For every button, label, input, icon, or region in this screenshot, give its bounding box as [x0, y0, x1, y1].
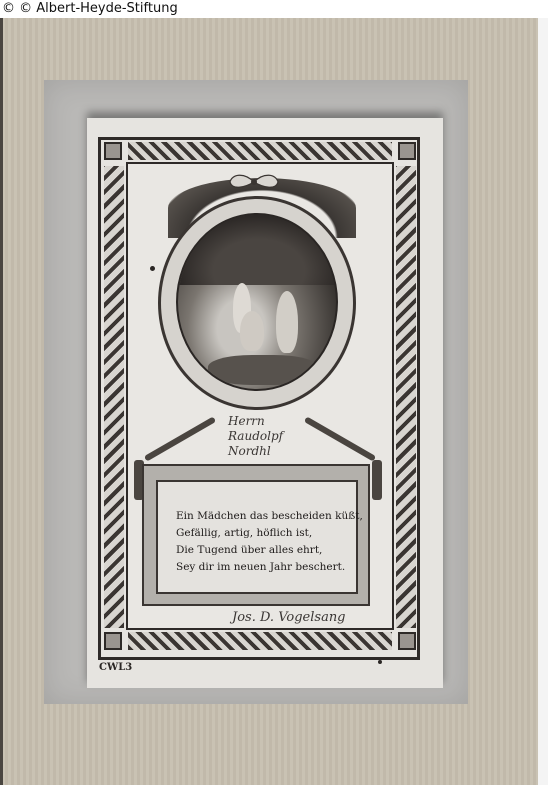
ink-dot [150, 266, 155, 271]
ground [208, 355, 318, 385]
dedication-line: Nordhl [228, 444, 283, 459]
medallion-scene [176, 213, 338, 391]
corner-mark: CWL3 [99, 662, 132, 673]
ink-dot [378, 660, 382, 664]
frame-corner-rosette-icon [104, 142, 122, 160]
verse-line: Gefällig, artig, höflich ist, [176, 525, 356, 542]
child-figure [240, 311, 264, 351]
frame-band-left [104, 166, 124, 628]
verse-line: Ein Mädchen das bescheiden küßt, [176, 508, 356, 525]
verse-text: Ein Mädchen das bescheiden küßt, Gefälli… [176, 508, 356, 576]
board-edge [0, 18, 3, 785]
frame-band-right [396, 166, 416, 628]
dedication-line: Herrn [228, 414, 283, 429]
garland-drop-right [372, 460, 382, 500]
copyright-caption: © © Albert-Heyde-Stiftung [2, 1, 178, 16]
dedication-line: Raudolpf [228, 429, 283, 444]
frame-band-top [128, 142, 392, 160]
frame-corner-rosette-icon [104, 632, 122, 650]
verse-line: Sey dir im neuen Jahr beschert. [176, 559, 356, 576]
handwritten-signature: Jos. D. Vogelsang [232, 610, 346, 625]
tree-canopy [178, 215, 338, 285]
frame-corner-rosette-icon [398, 632, 416, 650]
page-margin [538, 18, 548, 785]
handwritten-dedication: Herrn Raudolpf Nordhl [228, 414, 283, 459]
verse-line: Die Tugend über alles ehrt, [176, 542, 356, 559]
child-figure [276, 291, 298, 353]
frame-corner-rosette-icon [398, 142, 416, 160]
frame-band-bottom [128, 632, 392, 650]
ribbon-bow-icon [224, 172, 284, 192]
